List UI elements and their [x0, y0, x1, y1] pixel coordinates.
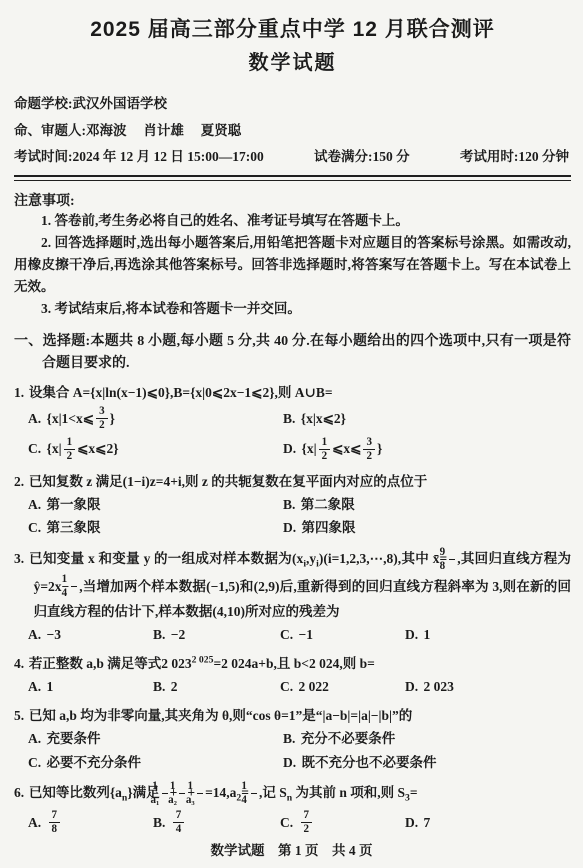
question-5-options: A.充要条件 B.充分不必要条件 C.必要不充分条件 D.既不充分也不必要条件: [28, 729, 571, 774]
option-label: C.: [280, 679, 293, 694]
exam-page: 2025 届高三部分重点中学 12 月联合测评 数学试题 命题学校:武汉外国语学…: [0, 0, 583, 868]
question-5-stem-text: 已知 a,b 均为非零向量,其夹角为 θ,则“cos θ=1”是“|a−b|=|…: [29, 708, 412, 723]
question-2-options: A.第一象限 B.第二象限 C.第三象限 D.第四象限: [28, 495, 571, 540]
question-3: 3.已知变量 x 和变量 y 的一组成对样本数据为(xi,yi)(i=1,2,3…: [14, 546, 571, 646]
option-label: B.: [153, 627, 165, 642]
fraction: 78: [49, 809, 61, 837]
option-label: A.: [28, 497, 41, 512]
option-label: C.: [280, 815, 293, 830]
option-text: 第三象限: [47, 520, 101, 535]
info-school-line: 命题学校:武汉外国语学校: [14, 91, 571, 117]
option-label: A.: [28, 411, 41, 426]
question-1-option-a: A.{x|1<x⩽32}: [28, 406, 283, 434]
question-5-number: 5.: [14, 708, 24, 723]
question-4-option-a: A.1: [28, 677, 153, 698]
question-3-option-b: B.−2: [153, 625, 280, 646]
fraction: 72: [301, 809, 313, 837]
option-text: {x|12⩽x⩽32}: [302, 441, 383, 456]
fraction: 1a₃: [197, 780, 203, 808]
divider-rule: [14, 175, 571, 181]
question-3-option-d: D.1: [405, 625, 571, 646]
question-1: 1.设集合 A={x|ln(x−1)⩽0},B={x|0⩽2x−1⩽2},则 A…: [14, 382, 571, 464]
question-5: 5.已知 a,b 均为非零向量,其夹角为 θ,则“cos θ=1”是“|a−b|…: [14, 705, 571, 773]
option-text: 2: [171, 679, 178, 694]
question-1-option-d: D.{x|12⩽x⩽32}: [283, 436, 571, 464]
notice-item-2: 2. 回答选择题时,选出每小题答案后,用铅笔把答题卡对应题目的答案标号涂黑。如需…: [14, 232, 571, 298]
option-text: {x|12⩽x⩽2}: [47, 441, 119, 456]
question-4: 4.若正整数 a,b 满足等式2 0232 025=2 024a+b,且 b<2…: [14, 653, 571, 698]
option-label: C.: [28, 441, 41, 456]
question-4-option-d: D.2 023: [405, 677, 571, 698]
option-text: −1: [299, 627, 313, 642]
fraction: 14: [251, 780, 257, 808]
info-exam-time: 考试时间:2024 年 12 月 12 日 15:00—17:00: [14, 144, 264, 170]
option-text: 78: [47, 815, 63, 830]
question-3-stem: 3.已知变量 x 和变量 y 的一组成对样本数据为(xi,yi)(i=1,2,3…: [14, 546, 571, 623]
question-6-option-d: D.7: [405, 813, 571, 834]
option-text: 72: [299, 815, 315, 830]
fraction: 12: [319, 436, 331, 464]
option-text: 充要条件: [47, 731, 101, 746]
option-text: {x|1<x⩽32}: [47, 411, 115, 426]
option-text: 2 022: [299, 679, 329, 694]
question-6-number: 6.: [14, 785, 24, 800]
question-6: 6.已知等比数列{an}满足1a₁+1a₂+1a₃=14,a2=14,记 Sn …: [14, 780, 571, 837]
question-5-stem: 5.已知 a,b 均为非零向量,其夹角为 θ,则“cos θ=1”是“|a−b|…: [14, 705, 571, 727]
fraction: 32: [363, 436, 375, 464]
question-3-stem-text: 已知变量 x 和变量 y 的一组成对样本数据为(xi,yi)(i=1,2,3,⋯…: [29, 551, 571, 619]
question-2: 2.已知复数 z 满足(1−i)z=4+i,则 z 的共轭复数在复平面内对应的点…: [14, 471, 571, 539]
option-text: 74: [171, 815, 187, 830]
option-label: B.: [153, 815, 165, 830]
question-2-number: 2.: [14, 474, 24, 489]
option-label: C.: [28, 520, 41, 535]
question-3-option-c: C.−1: [280, 625, 405, 646]
fraction: 1a₁: [162, 780, 168, 808]
fraction: 98: [449, 546, 455, 574]
question-4-option-c: C.2 022: [280, 677, 405, 698]
option-text: {x|x⩽2}: [301, 411, 346, 426]
question-6-option-a: A.78: [28, 810, 153, 838]
question-2-option-c: C.第三象限: [28, 518, 283, 539]
fraction: 1a₂: [179, 780, 185, 808]
fraction: 14: [71, 573, 77, 601]
exam-info-block: 命题学校:武汉外国语学校 命、审题人:邓海波 肖计雄 夏贤聪 考试时间:2024…: [14, 91, 571, 170]
option-text: 第四象限: [302, 520, 356, 535]
option-text: 1: [47, 679, 54, 694]
page-subtitle: 数学试题: [14, 50, 571, 76]
question-5-option-a: A.充要条件: [28, 729, 283, 750]
question-6-options: A.78 B.74 C.72 D.7: [28, 810, 571, 838]
page-footer: 数学试题 第 1 页 共 4 页: [0, 839, 583, 859]
option-label: D.: [283, 441, 296, 456]
option-label: A.: [28, 679, 41, 694]
option-label: B.: [153, 679, 165, 694]
option-label: A.: [28, 731, 41, 746]
notice-item-3: 3. 考试结束后,将本试卷和答题卡一并交回。: [14, 298, 571, 320]
option-text: 2 023: [424, 679, 454, 694]
option-label: D.: [405, 815, 418, 830]
page-title: 2025 届高三部分重点中学 12 月联合测评: [14, 16, 571, 43]
notice-item-1: 1. 答卷前,考生务必将自己的姓名、准考证号填写在答题卡上。: [14, 210, 571, 232]
option-text: −2: [171, 627, 185, 642]
question-4-number: 4.: [14, 656, 24, 671]
option-text: 1: [424, 627, 431, 642]
option-text: 充分不必要条件: [301, 731, 396, 746]
option-label: B.: [283, 411, 295, 426]
question-6-stem-text: 已知等比数列{an}满足1a₁+1a₂+1a₃=14,a2=14,记 Sn 为其…: [29, 785, 418, 800]
option-label: C.: [28, 755, 41, 770]
question-1-option-c: C.{x|12⩽x⩽2}: [28, 436, 283, 464]
question-2-option-d: D.第四象限: [283, 518, 571, 539]
question-3-number: 3.: [14, 551, 24, 566]
option-label: A.: [28, 627, 41, 642]
question-2-option-b: B.第二象限: [283, 495, 571, 516]
question-6-option-c: C.72: [280, 810, 405, 838]
fraction: 12: [64, 436, 76, 464]
question-3-option-a: A.−3: [28, 625, 153, 646]
section-heading: 一、选择题:本题共 8 小题,每小题 5 分,共 40 分.在每小题给出的四个选…: [14, 331, 571, 376]
info-exam-meta-line: 考试时间:2024 年 12 月 12 日 15:00—17:00 试卷满分:1…: [14, 144, 571, 170]
question-4-option-b: B.2: [153, 677, 280, 698]
option-label: A.: [28, 815, 41, 830]
fraction: 32: [96, 405, 108, 433]
question-2-option-a: A.第一象限: [28, 495, 283, 516]
question-4-stem-text: 若正整数 a,b 满足等式2 0232 025=2 024a+b,且 b<2 0…: [29, 656, 375, 671]
option-label: D.: [283, 755, 296, 770]
question-5-option-d: D.既不充分也不必要条件: [283, 753, 571, 774]
question-6-stem: 6.已知等比数列{an}满足1a₁+1a₂+1a₃=14,a2=14,记 Sn …: [14, 780, 571, 808]
question-1-number: 1.: [14, 385, 24, 400]
question-6-option-b: B.74: [153, 810, 280, 838]
question-5-option-b: B.充分不必要条件: [283, 729, 571, 750]
option-label: D.: [283, 520, 296, 535]
question-4-options: A.1 B.2 C.2 022 D.2 023: [28, 677, 571, 698]
option-label: B.: [283, 731, 295, 746]
option-text: −3: [47, 627, 61, 642]
option-text: 既不充分也不必要条件: [302, 755, 437, 770]
option-label: C.: [280, 627, 293, 642]
question-5-option-c: C.必要不充分条件: [28, 753, 283, 774]
option-text: 必要不充分条件: [47, 755, 142, 770]
question-1-options: A.{x|1<x⩽32} B.{x|x⩽2} C.{x|12⩽x⩽2} D.{x…: [28, 406, 571, 464]
question-4-stem: 4.若正整数 a,b 满足等式2 0232 025=2 024a+b,且 b<2…: [14, 653, 571, 675]
option-label: D.: [405, 679, 418, 694]
question-2-stem: 2.已知复数 z 满足(1−i)z=4+i,则 z 的共轭复数在复平面内对应的点…: [14, 471, 571, 493]
info-full-score: 试卷满分:150 分: [314, 144, 410, 170]
option-label: B.: [283, 497, 295, 512]
question-3-options: A.−3 B.−2 C.−1 D.1: [28, 625, 571, 646]
question-1-stem-text: 设集合 A={x|ln(x−1)⩽0},B={x|0⩽2x−1⩽2},则 A∪B…: [29, 385, 333, 400]
option-text: 第二象限: [301, 497, 355, 512]
option-text: 7: [424, 815, 431, 830]
question-2-stem-text: 已知复数 z 满足(1−i)z=4+i,则 z 的共轭复数在复平面内对应的点位于: [29, 474, 427, 489]
question-1-option-b: B.{x|x⩽2}: [283, 409, 571, 430]
info-authors-line: 命、审题人:邓海波 肖计雄 夏贤聪: [14, 118, 571, 144]
option-label: D.: [405, 627, 418, 642]
notice-heading: 注意事项:: [14, 190, 571, 210]
info-exam-duration: 考试用时:120 分钟: [460, 144, 569, 170]
fraction: 74: [173, 809, 185, 837]
question-1-stem: 1.设集合 A={x|ln(x−1)⩽0},B={x|0⩽2x−1⩽2},则 A…: [14, 382, 571, 404]
option-text: 第一象限: [47, 497, 101, 512]
